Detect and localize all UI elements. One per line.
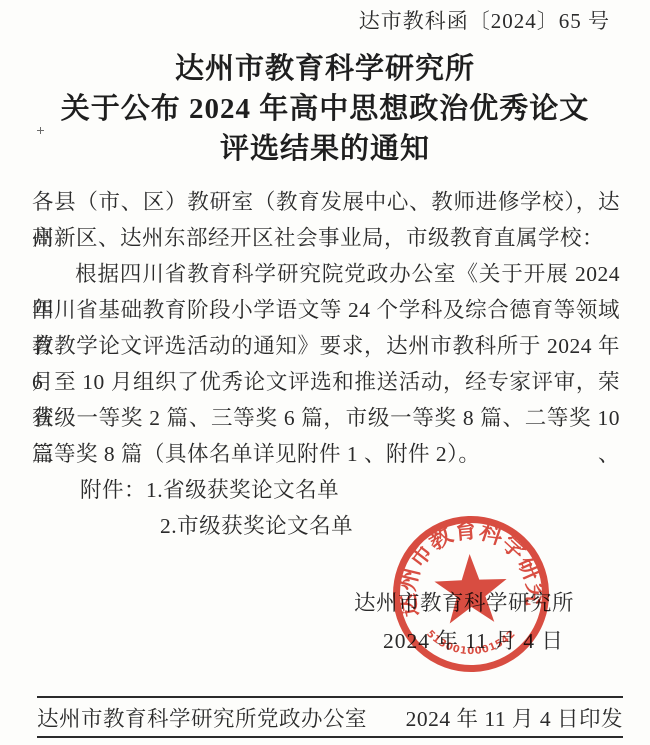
title-line-3: 评选结果的通知 <box>0 129 650 169</box>
doc-number: 达市教科函〔2024〕65 号 <box>359 5 610 35</box>
footer-rule-bottom <box>37 736 623 738</box>
seal-code: 5130010001542 <box>424 626 518 659</box>
body-text: 各县（市、区）教研室（教育发展中心、教师进修学校），达州 高新区、达州东部经开区… <box>32 184 620 544</box>
footer: 达州市教育科学研究所党政办公室 2024 年 11 月 4 日印发 <box>37 696 623 738</box>
seal-star-icon <box>434 553 509 624</box>
document-title: 达州市教育科学研究所 关于公布 2024 年高中思想政治优秀论文 评选结果的通知 <box>0 49 650 169</box>
title-line-1: 达州市教育科学研究所 <box>0 49 650 89</box>
body-line: 省级一等奖 2 篇、三等奖 6 篇，市级一等奖 8 篇、二等奖 10 篇、 <box>32 400 620 436</box>
attachment-line: 附件：1.省级获奖论文名单 <box>32 472 620 508</box>
body-line: 月至 10 月组织了优秀论文评选和推送活动，经专家评审，荣获 <box>32 364 620 400</box>
body-line: 育教学论文评选活动的通知》要求，达州市教科所于 2024 年 6 <box>32 328 620 364</box>
footer-issuing-office: 达州市教育科学研究所党政办公室 <box>37 702 367 733</box>
footer-print-date: 2024 年 11 月 4 日印发 <box>406 702 623 733</box>
official-seal-icon: 达州市教育科学研究所 5130010001542 <box>386 509 556 679</box>
recipients-line: 各县（市、区）教研室（教育发展中心、教师进修学校），达州 <box>32 184 620 220</box>
title-line-2: 关于公布 2024 年高中思想政治优秀论文 <box>0 89 650 129</box>
document-page: 达市教科函〔2024〕65 号 达州市教育科学研究所 关于公布 2024 年高中… <box>0 0 650 745</box>
body-line: 四川省基础教育阶段小学语文等 24 个学科及综合德育等领域教 <box>32 292 620 328</box>
body-line: 根据四川省教育科学研究院党政办公室《关于开展 2024 年 <box>32 256 620 292</box>
recipients-line: 高新区、达州东部经开区社会事业局，市级教育直属学校： <box>32 220 620 256</box>
scan-artifact <box>37 127 44 134</box>
